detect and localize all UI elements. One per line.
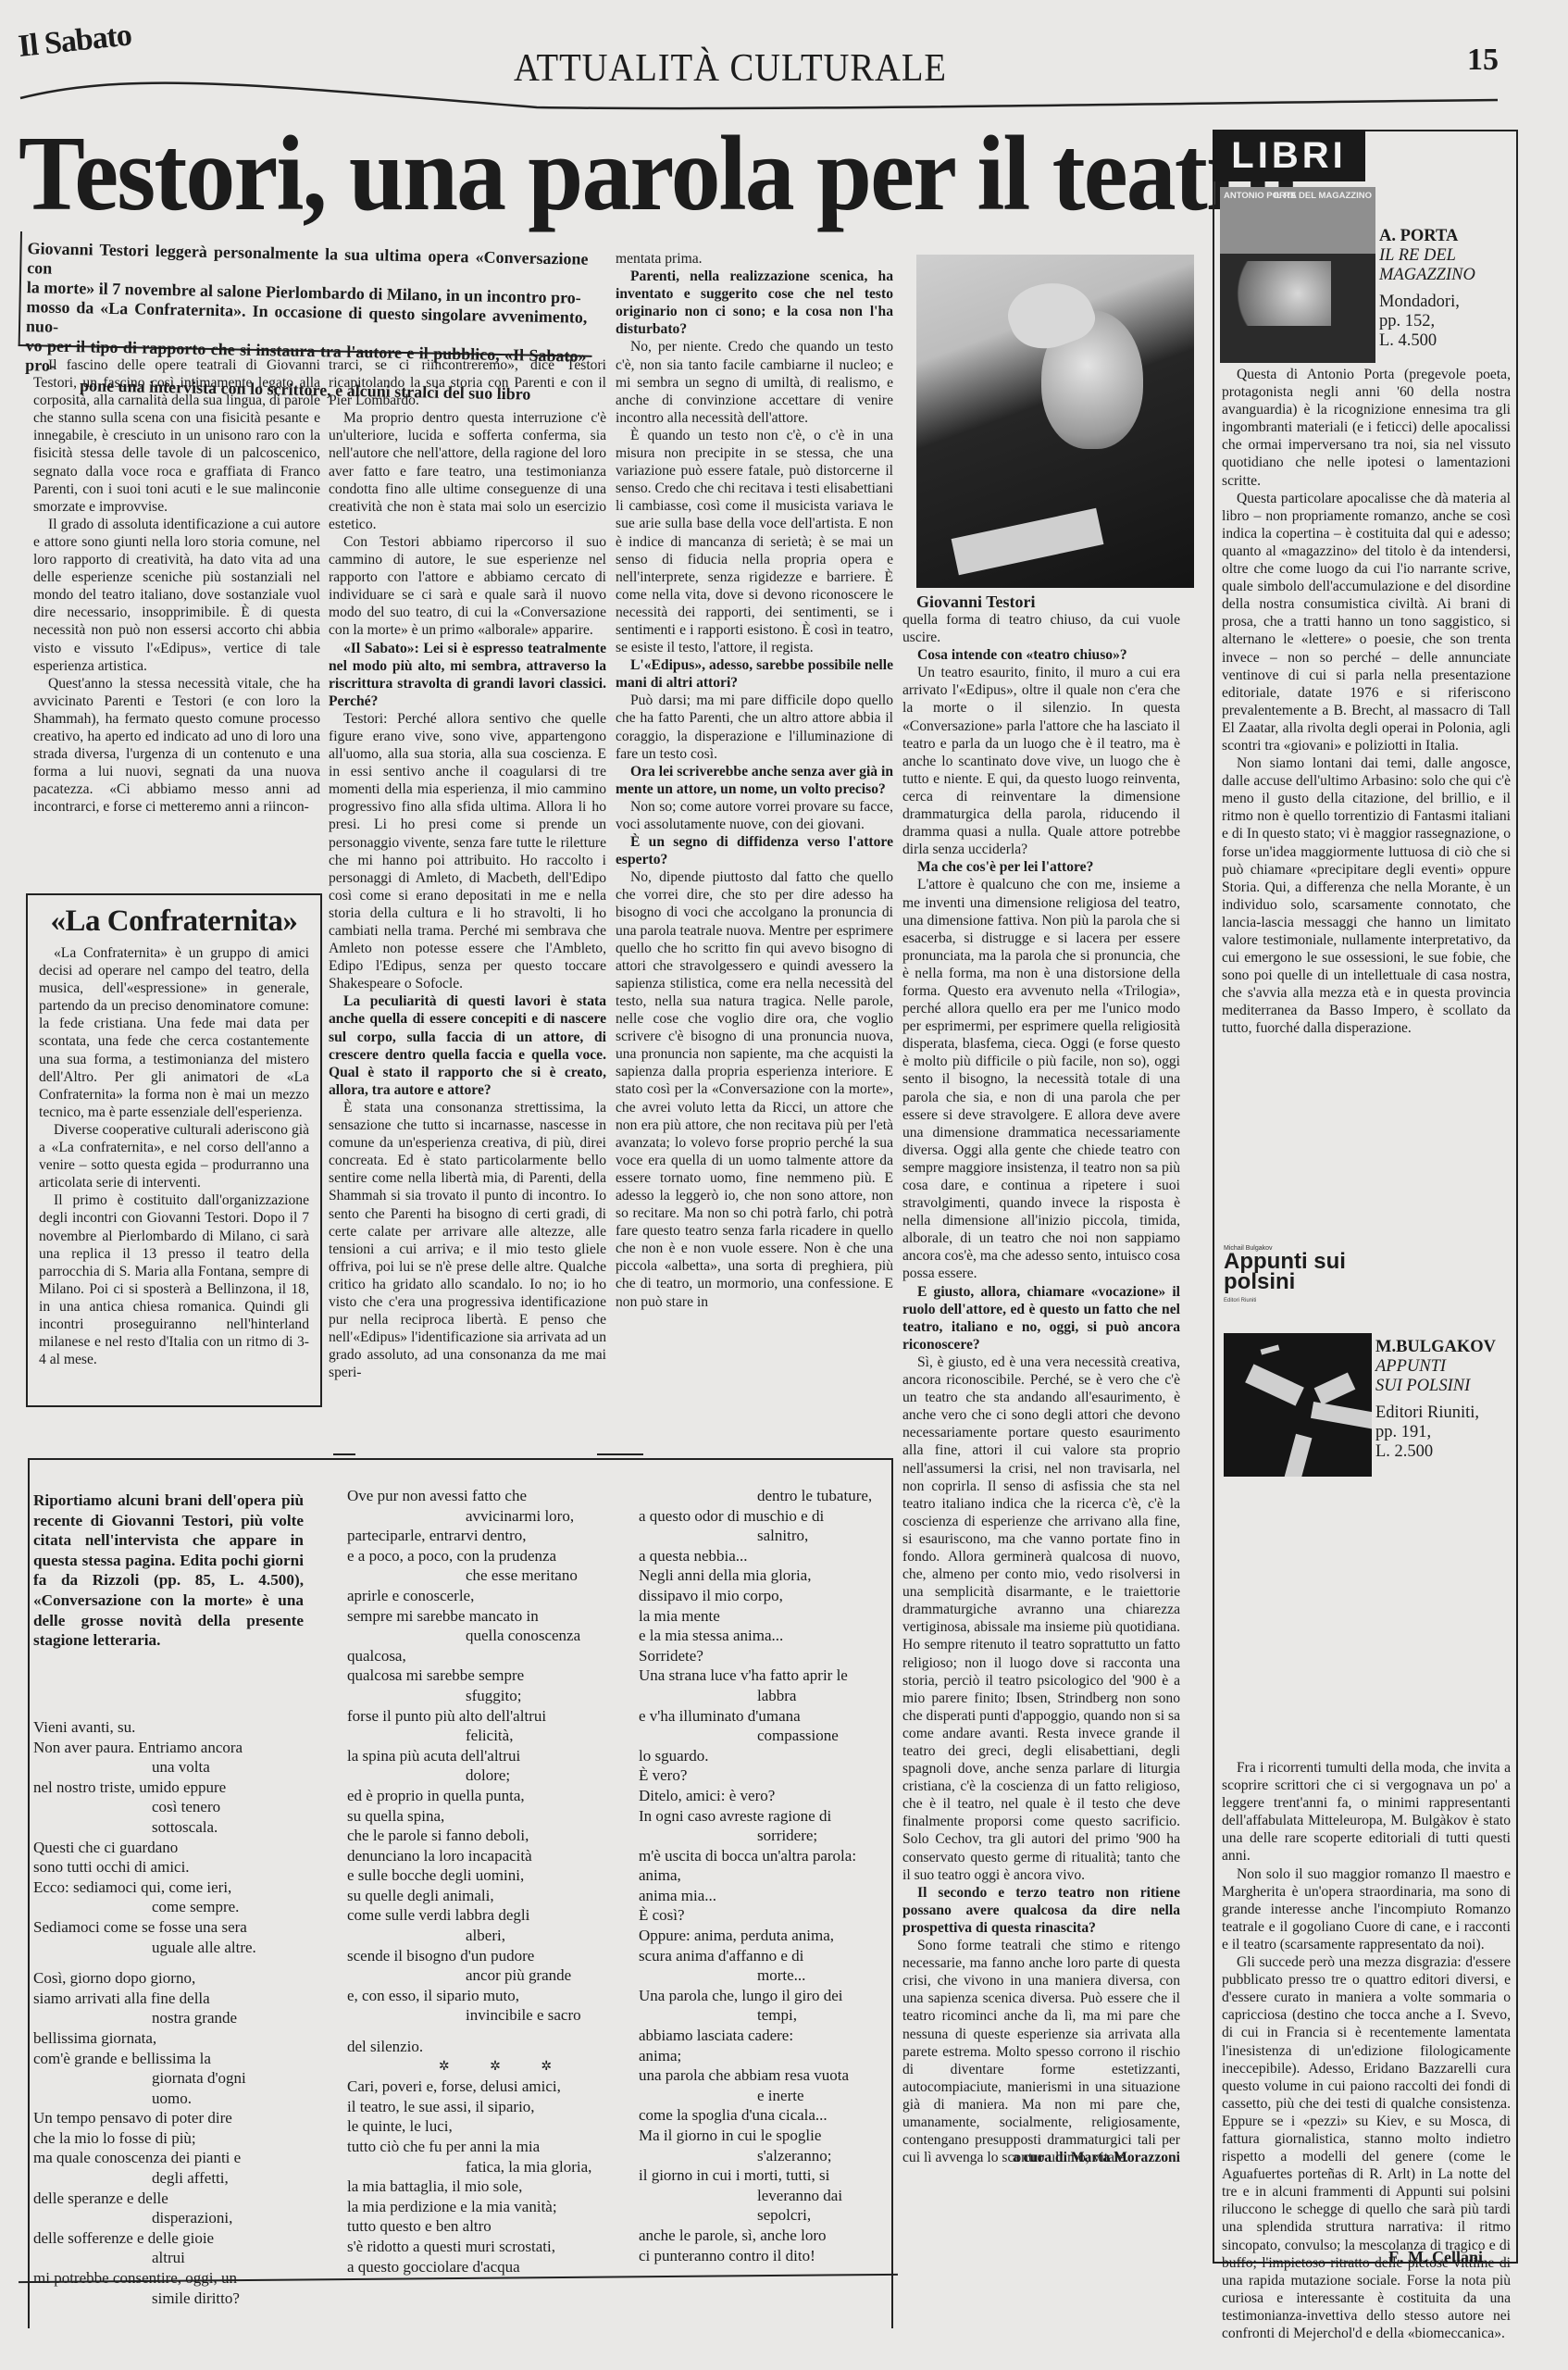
poem-line: delle speranze e delle — [33, 2189, 311, 2209]
poem-line: su quella spina, — [347, 1806, 625, 1827]
article-paragraph: Il grado di assoluta identificazione a c… — [33, 516, 320, 675]
poem-line: che la mio lo fosse di più; — [33, 2128, 311, 2149]
poem-line: a questo odor di muschio e di — [639, 1506, 898, 1527]
book-title: IL RE DEL — [1379, 246, 1518, 266]
poem-line: Ma il giorno in cui le spoglie — [639, 2126, 898, 2146]
poem-column-1: Vieni avanti, su.Non aver paura. Entriam… — [33, 1717, 311, 2308]
article-paragraph: Ma proprio dentro questa interruzione c'… — [329, 409, 606, 533]
confraternita-paragraph: «La Confraternita» è un gruppo di amici … — [39, 944, 309, 1121]
cover-publisher: Editori Riuniti — [1224, 1298, 1381, 1303]
poem-column-3: dentro le tubature,a questo odor di musc… — [639, 1486, 898, 2265]
poem-line: simile diritto? — [33, 2289, 311, 2309]
poem-line: Sediamoci come se fosse una sera — [33, 1917, 311, 1938]
poem-line: e, con esso, il sipario muto, — [347, 1986, 625, 2006]
poem-line: delle sofferenze e delle gioie — [33, 2228, 311, 2249]
article-column-3: mentata prima.Parenti, nella realizzazio… — [616, 250, 893, 1311]
confraternita-paragraph: Diverse cooperative culturali aderiscono… — [39, 1121, 309, 1191]
article-paragraph: Sono forme teatrali che stimo e ritengo … — [902, 1937, 1180, 2166]
poem-line: tutto questo e ben altro — [347, 2216, 625, 2237]
poem-line: come sulle verdi labbra degli — [347, 1905, 625, 1926]
poem-line: denunciano la loro incapacità — [347, 1846, 625, 1866]
poem-line: qualcosa mi sarebbe sempre — [347, 1665, 625, 1686]
confraternita-box: «La Confraternita» «La Confraternita» è … — [26, 893, 322, 1407]
review-paragraph: Fra i ricorrenti tumulti della moda, che… — [1222, 1759, 1511, 1865]
poem-line: abbiamo lasciata cadere: — [639, 2026, 898, 2046]
poem-line: quella conoscenza — [347, 1626, 625, 1646]
poem-line: una parola che abbiam resa vuota — [639, 2065, 898, 2086]
poem-line: invincibile e sacro — [347, 2005, 625, 2026]
poem-line: ma quale conoscenza dei pianti e — [33, 2148, 311, 2168]
poem-line: Vieni avanti, su. — [33, 1717, 311, 1738]
poem-line: il giorno in cui i morti, tutti, si — [639, 2165, 898, 2186]
article-paragraph: mentata prima. — [616, 250, 893, 268]
divider — [333, 1453, 355, 1455]
book-publisher: Mondadori, — [1379, 293, 1518, 312]
review-paragraph: Non siamo lontani dai temi, dalle angosc… — [1222, 755, 1511, 1038]
article-paragraph: quella forma di teatro chiuso, da cui vu… — [902, 611, 1180, 646]
poem-line: nel nostro triste, umido eppure — [33, 1777, 311, 1798]
poem-line: Sorridete? — [639, 1646, 898, 1666]
poem-line: e a poco, a poco, con la prudenza — [347, 1546, 625, 1566]
poem-line: sono tutti occhi di amici. — [33, 1857, 311, 1877]
book-author: A. PORTA — [1379, 227, 1518, 246]
poem-line: dentro le tubature, — [639, 1486, 898, 1506]
article-paragraph: È quando un testo non c'è, o c'è in una … — [616, 427, 893, 656]
poem-line: È vero? — [639, 1765, 898, 1786]
poem-line: ancor più grande — [347, 1965, 625, 1986]
poem-line: a questa nebbia... — [639, 1546, 898, 1566]
poem-line: sottoscala. — [33, 1817, 311, 1838]
poem-line: aprirle e conoscerle, — [347, 1586, 625, 1606]
poem-line: Oppure: anima, perduta anima, — [639, 1926, 898, 1946]
book-meta-porta: A. PORTA IL RE DEL MAGAZZINO Mondadori, … — [1379, 227, 1518, 351]
cover-illustration — [1220, 261, 1331, 326]
article-paragraph: Non so; come autore vorrei provare su fa… — [616, 798, 893, 833]
article-paragraph: Un teatro esaurito, finito, il muro a cu… — [902, 664, 1180, 858]
article-paragraph: Testori: Perché allora sentivo che quell… — [329, 710, 606, 993]
poem-line: morte... — [639, 1965, 898, 1986]
book-author: M.BULGAKOV — [1375, 1338, 1524, 1357]
poem-line: Questi che ci guardano — [33, 1838, 311, 1858]
poem-line: È così? — [639, 1905, 898, 1926]
confraternita-title: «La Confraternita» — [39, 904, 309, 939]
interview-question: «Il Sabato»: Lei si è espresso teatralme… — [329, 640, 606, 710]
poem-line: Ditelo, amici: è vero? — [639, 1786, 898, 1806]
cover-shard — [1261, 1345, 1280, 1355]
article-paragraph: Può darsi; ma mi pare difficile dopo que… — [616, 692, 893, 762]
poem-line: bellissima giornata, — [33, 2028, 311, 2049]
poem-line: In ogni caso avreste ragione di — [639, 1806, 898, 1827]
poem-line: leveranno dai — [639, 2186, 898, 2206]
libri-tag: LIBRI — [1213, 130, 1365, 181]
poem-line: anima; — [639, 2046, 898, 2066]
poem-line: alberi, — [347, 1926, 625, 1946]
author-photo — [916, 255, 1194, 588]
poem-line: compassione — [639, 1726, 898, 1746]
interview-question: Ma che cos'è per lei l'attore? — [902, 858, 1180, 876]
poem-line: Non aver paura. Entriamo ancora — [33, 1738, 311, 1758]
poem-line: Una strana luce v'ha fatto aprir le — [639, 1665, 898, 1686]
review-paragraph: Gli succede però una mezza disgrazia: d'… — [1222, 1953, 1511, 2342]
poem-line: scura anima d'affanno e di — [639, 1946, 898, 1966]
book-price: L. 2.500 — [1375, 1442, 1524, 1462]
poem-line: ed è proprio in quella punta, — [347, 1786, 625, 1806]
review-paragraph: Non solo il suo maggior romanzo Il maest… — [1222, 1865, 1511, 1953]
poem-intro: Riportiamo alcuni brani dell'opera più r… — [33, 1491, 304, 1651]
poem-line: scende il bisogno d'un pudore — [347, 1946, 625, 1966]
photo-caption: Giovanni Testori — [916, 592, 1036, 612]
poem-line: com'è grande e bellissima la — [33, 2049, 311, 2069]
poem-line: la mia mente — [639, 1606, 898, 1627]
article-paragraph: No, dipende piuttosto dal fatto che quel… — [616, 868, 893, 1310]
cover-title: Appunti sui polsini — [1224, 1252, 1381, 1292]
article-paragraph: È stata una consonanza strettissima, la … — [329, 1099, 606, 1382]
poem-line: e sulle bocche degli uomini, — [347, 1865, 625, 1886]
poem-line: il teatro, le sue assi, il sipario, — [347, 2097, 625, 2117]
review-paragraph: Questa particolare apocalisse che dà mat… — [1222, 490, 1511, 755]
poem-line: Una parola che, lungo il giro dei — [639, 1986, 898, 2006]
poem-line: Negli anni della mia gloria, — [639, 1565, 898, 1586]
masthead-rule — [19, 76, 1500, 113]
poem-line: avvicinarmi loro, — [347, 1506, 625, 1527]
poem-line: dolore; — [347, 1765, 625, 1786]
poem-line: labbra — [639, 1686, 898, 1706]
headline: Testori, una parola per il teatro — [19, 120, 1295, 228]
poem-column-2: Ove pur non avessi fatto cheavvicinarmi … — [347, 1486, 625, 2276]
poem-line: siamo arrivati alla fine della — [33, 1989, 311, 2009]
article-column-1: Il fascino delle opere teatrali di Giova… — [33, 356, 320, 816]
cover-shard — [1282, 1434, 1313, 1477]
article-column-4: quella forma di teatro chiuso, da cui vu… — [902, 611, 1180, 2166]
book-publisher: Editori Riuniti, — [1375, 1403, 1524, 1423]
interview-question: La peculiarità di questi lavori è stata … — [329, 992, 606, 1099]
poem-line: la mia perdizione e la mia vanità; — [347, 2197, 625, 2217]
article-paragraph: trarci, se ci riincontreremo», dice Test… — [329, 356, 606, 409]
poem-line: nostra grande — [33, 2008, 311, 2028]
poem-line: s'alzeranno; — [639, 2146, 898, 2166]
poem-line: fatica, la mia gloria, — [347, 2157, 625, 2177]
review-signature: E. M. Cellani — [1388, 2248, 1483, 2267]
poem-line: salnitro, — [639, 1526, 898, 1546]
stanza-gap — [33, 1957, 311, 1968]
book-price: L. 4.500 — [1379, 331, 1518, 351]
poem-line: e v'ha illuminato d'umana — [639, 1706, 898, 1727]
poem-line: altrui — [33, 2248, 311, 2268]
poem-line: la spina più acuta dell'altrui — [347, 1746, 625, 1766]
publication-logo: Il Sabato — [17, 18, 133, 65]
interview-question: Ora lei scriverebbe anche senza aver già… — [616, 763, 893, 798]
poem-line: che esse meritano — [347, 1565, 625, 1586]
poem-line: qualcosa, — [347, 1646, 625, 1666]
book-title: APPUNTI — [1375, 1357, 1524, 1377]
book-cover-porta: ANTONIO PORTA IL RE DEL MAGAZZINO — [1220, 187, 1375, 363]
page-number: 15 — [1467, 43, 1499, 78]
poem-line: disperazioni, — [33, 2208, 311, 2228]
poem-line: sfuggito; — [347, 1686, 625, 1706]
review-porta: Questa di Antonio Porta (pregevole poeta… — [1222, 366, 1511, 1038]
poem-line: anima, — [639, 1865, 898, 1886]
newspaper-page: Il Sabato ATTUALITÀ CULTURALE 15 Testori… — [0, 0, 1568, 2370]
poem-line: m'è uscita di bocca un'altra parola: — [639, 1846, 898, 1866]
book-title: MAGAZZINO — [1379, 266, 1518, 285]
article-paragraph: No, per niente. Credo che quando un test… — [616, 338, 893, 426]
poem-line: sepolcri, — [639, 2205, 898, 2226]
cover-shard — [1311, 1402, 1372, 1429]
book-title: SUI POLSINI — [1375, 1377, 1524, 1396]
interview-question: Parenti, nella realizzazione scenica, ha… — [616, 268, 893, 338]
poem-line: e la mia stessa anima... — [639, 1626, 898, 1646]
poem-line: Cari, poveri e, forse, delusi amici, — [347, 2077, 625, 2097]
stanza-gap — [347, 2026, 625, 2037]
poem-line: la mia battaglia, il mio sole, — [347, 2177, 625, 2197]
poem-line: Ecco: sediamoci qui, come ieri, — [33, 1877, 311, 1898]
photo-sleeve — [952, 508, 1104, 575]
poem-line: del silenzio. — [347, 2037, 625, 2057]
poem-line: come la spoglia d'una cicala... — [639, 2105, 898, 2126]
article-paragraph: L'attore è qualcuno che con me, insieme … — [902, 876, 1180, 1282]
poem-line: una volta — [33, 1757, 311, 1777]
poem-line: anche le parole, sì, anche loro — [639, 2226, 898, 2246]
confraternita-paragraph: Il primo è costituito dall'organizzazion… — [39, 1191, 309, 1368]
poem-line: degli affetti, — [33, 2168, 311, 2189]
poem-line: ci punteranno contro il dito! — [639, 2246, 898, 2266]
book-pages: pp. 191, — [1375, 1423, 1524, 1442]
poem-line: sempre mi sarebbe mancato in — [347, 1606, 625, 1627]
divider — [597, 1453, 643, 1455]
poem-line: lo sguardo. — [639, 1746, 898, 1766]
poem-line: uomo. — [33, 2089, 311, 2109]
poem-line: uguale alle altre. — [33, 1938, 311, 1958]
book-meta-bulgakov: M.BULGAKOV APPUNTI SUI POLSINI Editori R… — [1375, 1338, 1524, 1462]
poem-line: tutto ciò che fu per anni la mia — [347, 2137, 625, 2157]
book-cover-bulgakov-header: Michail Bulgakov Appunti sui polsini Edi… — [1224, 1245, 1381, 1303]
poem-line: come sempre. — [33, 1897, 311, 1917]
poem-line: su quelle degli animali, — [347, 1886, 625, 1906]
poem-line: le quinte, le luci, — [347, 2116, 625, 2137]
poem-line: giornata d'ogni — [33, 2068, 311, 2089]
poem-line: sorridere; — [639, 1826, 898, 1846]
poem-line: a questo gocciolare d'acqua — [347, 2257, 625, 2277]
poem-line: Un tempo pensavo di poter dire — [33, 2108, 311, 2128]
poem-line: Ove pur non avessi fatto che — [347, 1486, 625, 1506]
article-paragraph: Sì, è giusto, ed è una vera necessità cr… — [902, 1353, 1180, 1884]
poem-line: così tenero — [33, 1797, 311, 1817]
interview-question: Il secondo e terzo teatro non ritiene po… — [902, 1884, 1180, 1937]
interview-question: L'«Edipus», adesso, sarebbe possibile ne… — [616, 656, 893, 692]
poem-line: Così, giorno dopo giorno, — [33, 1968, 311, 1989]
poem-line: che le parole si fanno deboli, — [347, 1826, 625, 1846]
cover-shard — [1314, 1372, 1356, 1404]
cover-title: IL RE DEL MAGAZZINO — [1274, 191, 1372, 201]
poem-line: forse il punto più alto dell'altrui — [347, 1706, 625, 1727]
article-paragraph: Con Testori abbiamo ripercorso il suo ca… — [329, 533, 606, 640]
poem-line: s'è ridotto a questi muri scrostati, — [347, 2237, 625, 2257]
book-cover-bulgakov — [1224, 1333, 1372, 1477]
article-column-2: trarci, se ci riincontreremo», dice Test… — [329, 356, 606, 1381]
review-paragraph: Questa di Antonio Porta (pregevole poeta… — [1222, 366, 1511, 490]
poem-line: anima mia... — [639, 1886, 898, 1906]
interview-question: E giusto, allora, chiamare «vocazione» i… — [902, 1283, 1180, 1353]
poem-line: dissipavo il mio corpo, — [639, 1586, 898, 1606]
book-pages: pp. 152, — [1379, 312, 1518, 331]
section-break-asterisks: ✲ ✲ ✲ — [347, 2057, 625, 2077]
interview-question: Cosa intende con «teatro chiuso»? — [902, 646, 1180, 664]
deck-summary: Giovanni Testori leggerà personalmente l… — [19, 231, 594, 357]
interview-question: È un segno di diffidenza verso l'attore … — [616, 833, 893, 868]
article-paragraph: Il fascino delle opere teatrali di Giova… — [33, 356, 320, 516]
poem-line: parteciparle, entrarvi dentro, — [347, 1526, 625, 1546]
poem-line: felicità, — [347, 1726, 625, 1746]
poem-line: e inerte — [639, 2086, 898, 2106]
poem-line: tempi, — [639, 2005, 898, 2026]
article-paragraph: Quest'anno la stessa necessità vitale, c… — [33, 675, 320, 817]
cover-shard — [1245, 1364, 1304, 1405]
